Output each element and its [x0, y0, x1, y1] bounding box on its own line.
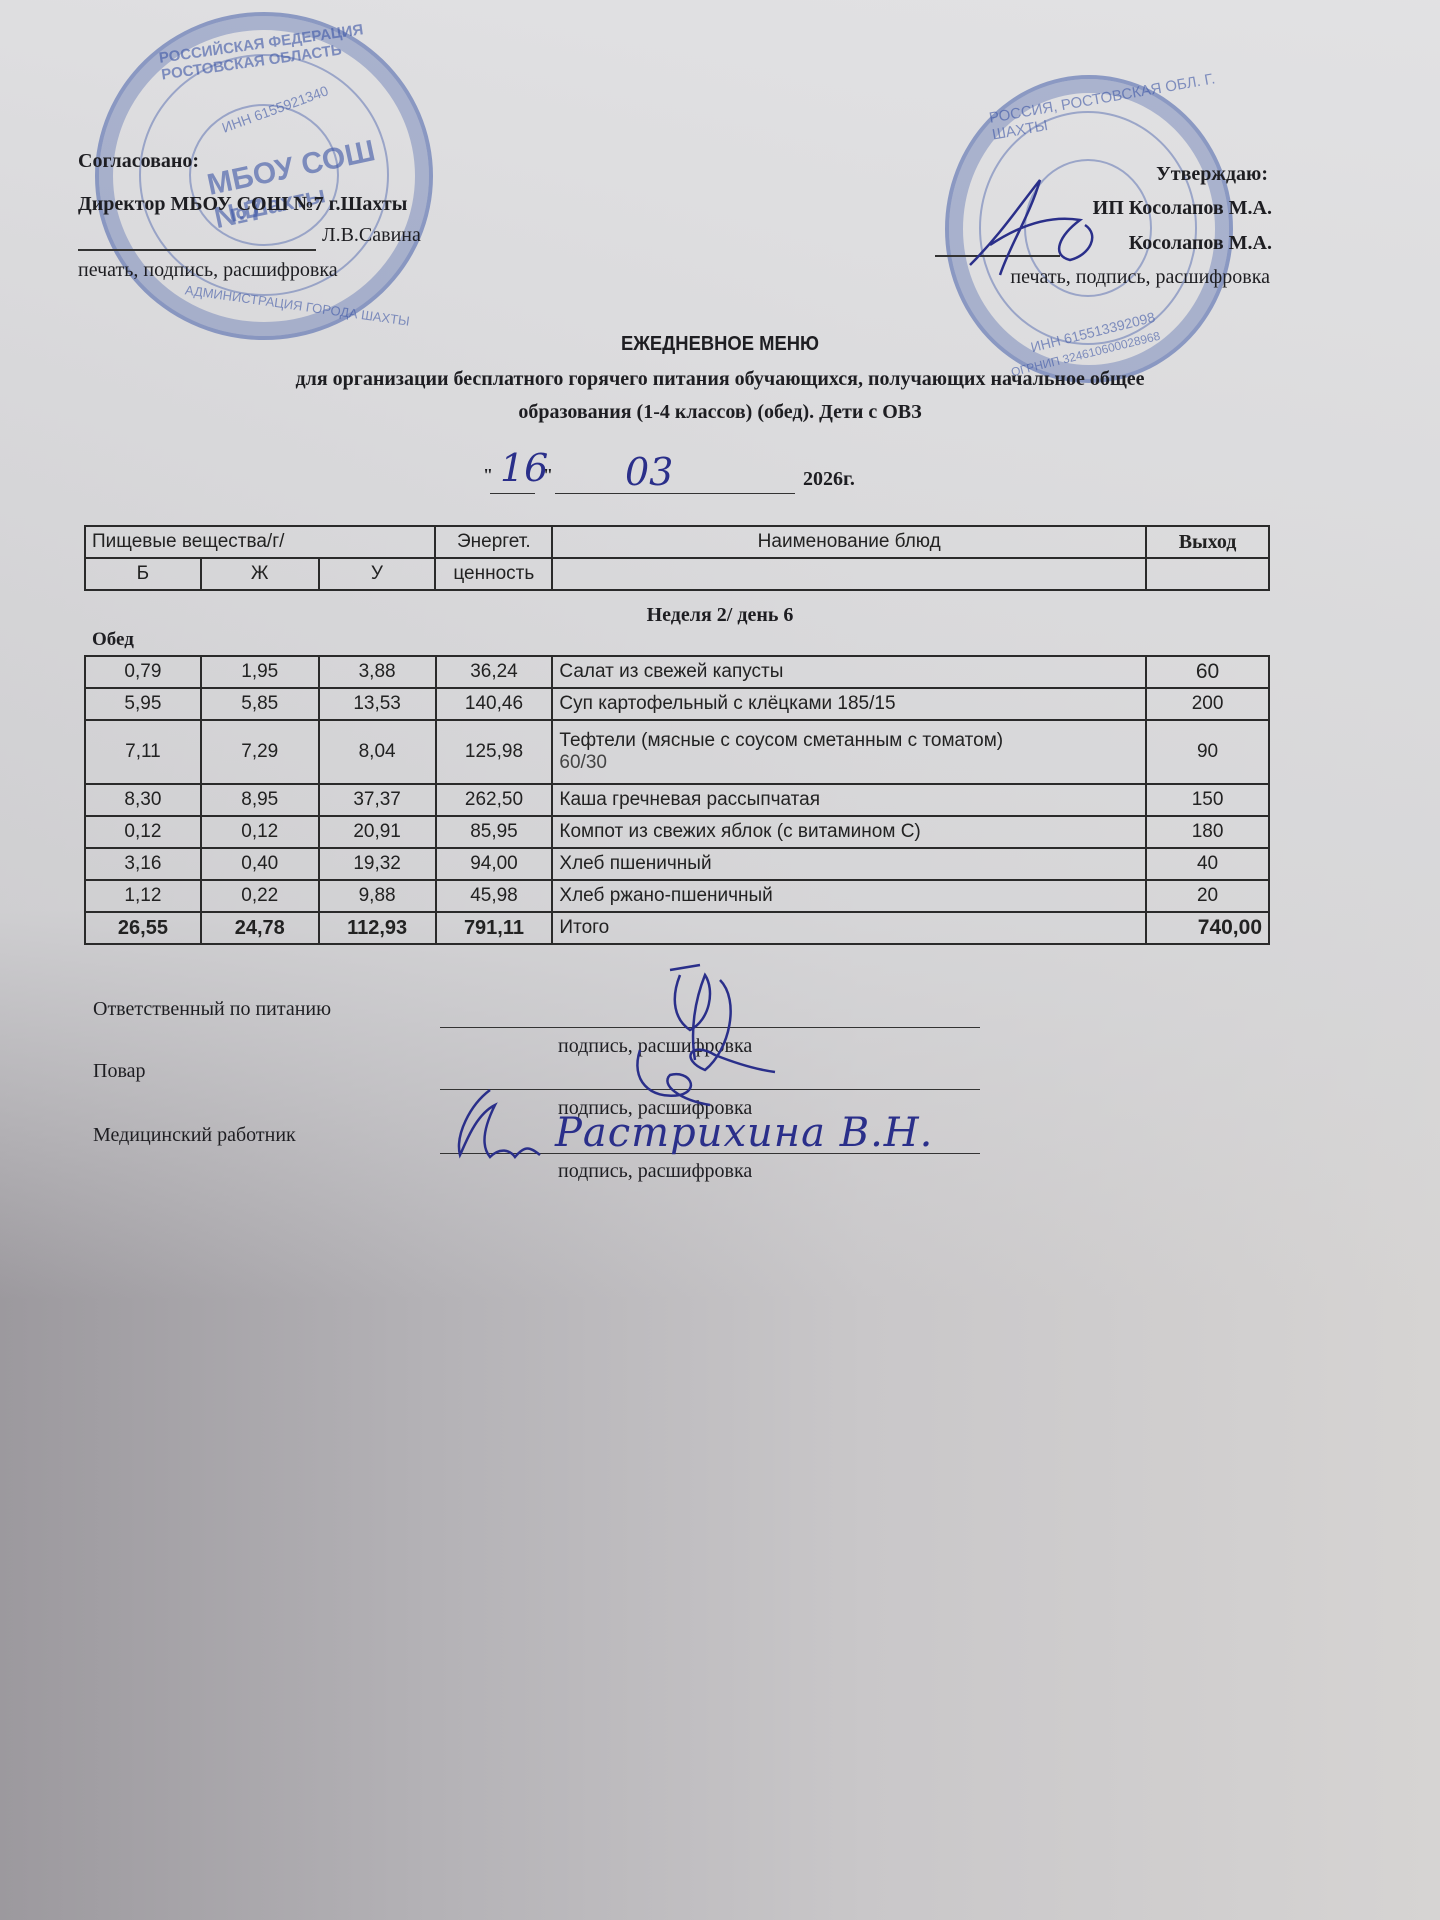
cell-dish-name: Компот из свежих яблок (с витамином С): [552, 816, 1146, 848]
cell-dish-name: Каша гречневая рассыпчатая: [552, 784, 1146, 816]
header-energy-2: ценность: [435, 558, 552, 590]
cell-zh: 8,95: [201, 784, 319, 816]
cell-b: 5,95: [85, 688, 201, 720]
menu-table: 0,791,953,8836,24Салат из свежей капусты…: [84, 655, 1270, 945]
cell-zh: 1,95: [201, 656, 319, 688]
medic-label: Медицинский работник: [93, 1124, 296, 1147]
director-name: Л.В.Савина: [322, 224, 421, 247]
cell-energy: 45,98: [436, 880, 553, 912]
header-dish-name: Наименование блюд: [552, 526, 1146, 558]
date-quote-close: ": [543, 465, 553, 486]
total-zh: 24,78: [201, 912, 319, 944]
cell-energy: 85,95: [436, 816, 553, 848]
cell-zh: 0,40: [201, 848, 319, 880]
menu-subtitle-1: для организации бесплатного горячего пит…: [0, 368, 1440, 391]
table-row: 0,120,1220,9185,95Компот из свежих яблок…: [85, 816, 1269, 848]
table-row: 8,308,9537,37262,50Каша гречневая рассып…: [85, 784, 1269, 816]
cell-energy: 125,98: [436, 720, 553, 784]
cell-u: 19,32: [319, 848, 436, 880]
menu-table-header: Пищевые вещества/г/ Энергет. Наименовани…: [84, 525, 1270, 591]
dish-name-line-2: 60/30: [559, 752, 1139, 774]
entrepreneur-name-2: Косолапов М.А.: [1129, 232, 1272, 255]
cell-output: 200: [1146, 688, 1269, 720]
cell-energy: 94,00: [436, 848, 553, 880]
total-b: 26,55: [85, 912, 201, 944]
cell-zh: 5,85: [201, 688, 319, 720]
menu-subtitle-2: образования (1-4 классов) (обед). Дети с…: [0, 401, 1440, 424]
header-energy: Энергет.: [435, 526, 552, 558]
table-row: 7,117,298,04125,98Тефтели (мясные с соус…: [85, 720, 1269, 784]
cell-u: 20,91: [319, 816, 436, 848]
cell-u: 8,04: [319, 720, 436, 784]
cell-u: 13,53: [319, 688, 436, 720]
table-row: 5,955,8513,53140,46Суп картофельный с кл…: [85, 688, 1269, 720]
director-position: Директор МБОУ СОШ №7 г.Шахты: [78, 193, 407, 216]
total-energy: 791,11: [436, 912, 553, 944]
cell-dish-name: Хлеб пшеничный: [552, 848, 1146, 880]
director-caption: печать, подпись, расшифровка: [78, 259, 338, 282]
cell-output: 90: [1146, 720, 1269, 784]
header-u: У: [319, 558, 436, 590]
date-day-line: [490, 493, 535, 494]
header-zh: Ж: [201, 558, 319, 590]
cell-output: 150: [1146, 784, 1269, 816]
table-row: 1,120,229,8845,98Хлеб ржано-пшеничный20: [85, 880, 1269, 912]
table-row: 0,791,953,8836,24Салат из свежей капусты…: [85, 656, 1269, 688]
cell-output: 60: [1146, 656, 1269, 688]
cell-energy: 36,24: [436, 656, 553, 688]
header-output: Выход: [1146, 526, 1269, 558]
cell-output: 20: [1146, 880, 1269, 912]
meal-label: Обед: [92, 629, 134, 651]
cell-zh: 0,12: [201, 816, 319, 848]
date-month-line: [555, 493, 795, 494]
total-output: 740,00: [1146, 912, 1269, 944]
cell-zh: 7,29: [201, 720, 319, 784]
header-empty: [552, 558, 1146, 590]
menu-title: ЕЖЕДНЕВНОЕ МЕНЮ: [58, 333, 1383, 356]
table-row: 3,160,4019,3294,00Хлеб пшеничный40: [85, 848, 1269, 880]
cell-output: 40: [1146, 848, 1269, 880]
responsible-label: Ответственный по питанию: [93, 998, 331, 1021]
header-b: Б: [85, 558, 201, 590]
cell-u: 37,37: [319, 784, 436, 816]
signature-line: [78, 249, 316, 251]
cell-u: 3,88: [319, 656, 436, 688]
approval-title: Согласовано:: [78, 150, 199, 173]
date-year: 2026г.: [803, 468, 855, 491]
cell-b: 0,12: [85, 816, 201, 848]
cell-dish-name: Салат из свежей капусты: [552, 656, 1146, 688]
total-label: Итого: [552, 912, 1146, 944]
cell-b: 3,16: [85, 848, 201, 880]
cell-b: 8,30: [85, 784, 201, 816]
medic-caption: подпись, расшифровка: [558, 1160, 752, 1183]
date-day: 16: [500, 446, 548, 490]
cell-dish-name: Тефтели (мясные с соусом сметанным с том…: [552, 720, 1146, 784]
medic-handwritten-name: Растрихина В.Н.: [555, 1110, 933, 1156]
cell-dish-name: Хлеб ржано-пшеничный: [552, 880, 1146, 912]
date-month: 03: [625, 450, 673, 494]
cell-b: 1,12: [85, 880, 201, 912]
cell-energy: 262,50: [436, 784, 553, 816]
header-empty: [1146, 558, 1269, 590]
cell-u: 9,88: [319, 880, 436, 912]
cell-energy: 140,46: [436, 688, 553, 720]
date-quote-open: ": [483, 465, 493, 486]
header-nutrients: Пищевые вещества/г/: [85, 526, 435, 558]
table-total-row: 26,5524,78112,93791,11Итого740,00: [85, 912, 1269, 944]
cell-output: 180: [1146, 816, 1269, 848]
week-label: Неделя 2/ день 6: [0, 604, 1440, 627]
school-stamp: МБОУ СОШ №7 г.Шахты ИНН 6155921340 РОССИ…: [95, 12, 433, 340]
dish-name-line-1: Тефтели (мясные с соусом сметанным с том…: [559, 730, 1139, 752]
cell-dish-name: Суп картофельный с клёцками 185/15: [552, 688, 1146, 720]
cook-signature: [620, 1040, 740, 1120]
cook-label: Повар: [93, 1060, 146, 1083]
cell-b: 0,79: [85, 656, 201, 688]
cell-b: 7,11: [85, 720, 201, 784]
total-u: 112,93: [319, 912, 436, 944]
medic-signature: [440, 1085, 550, 1165]
cell-zh: 0,22: [201, 880, 319, 912]
entrepreneur-signature: [960, 175, 1120, 285]
approve-title: Утверждаю:: [1156, 163, 1268, 186]
